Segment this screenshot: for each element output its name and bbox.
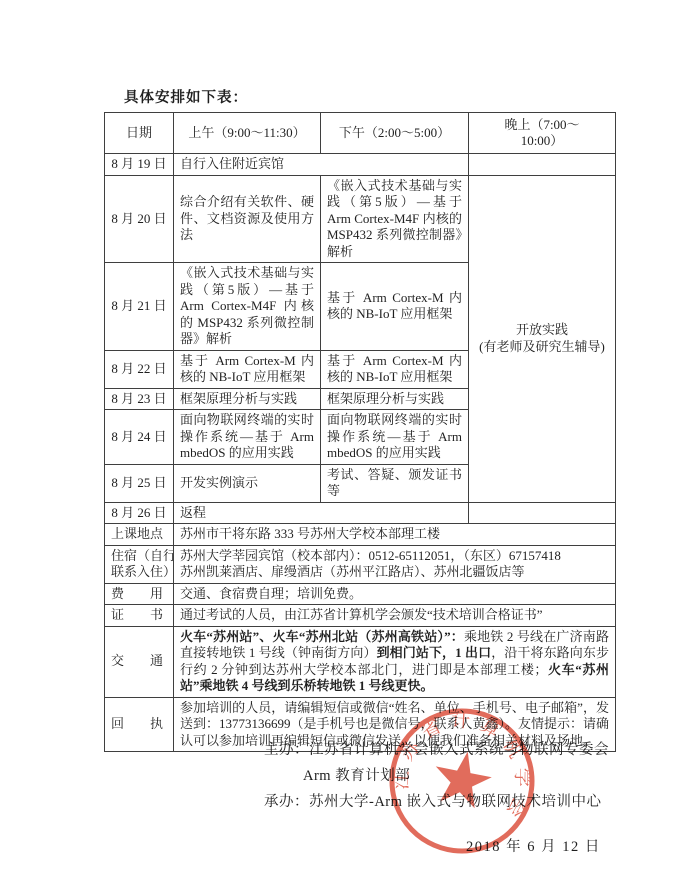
evening-practice-line2: (有老师及研究生辅导) [475, 339, 609, 356]
info-row-certificate: 证 书 通过考试的人员，由江苏省计算机学会颁发“技术培训合格证书” [105, 605, 616, 627]
lodging-text: 苏州大学莘园宾馆（校本部内）：0512-65112051，（东区）6715741… [174, 545, 616, 583]
column-header-afternoon: 下午（2:00～5:00） [321, 113, 469, 154]
afternoon-cell: 基于 Arm Cortex-M 内核的 NB-IoT 应用框架 [321, 263, 469, 351]
table-row-aug20: 8 月 20 日 综合介绍有关软件、硬件、文档资源及使用方法 《嵌入式技术基础与… [105, 175, 616, 263]
page-title: 具体安排如下表： [124, 86, 248, 107]
table-row-aug19: 8 月 19 日 自行入住附近宾馆 [105, 154, 616, 176]
date-cell: 8 月 21 日 [105, 263, 174, 351]
transport-bold-segment: 到相门站下，1 出口 [377, 645, 492, 660]
morning-cell: 《嵌入式技术基础与实践（第5版）—基于 Arm Cortex-M4F 内核的 M… [174, 263, 321, 351]
lodging-label-line1: 住宿（自行 [111, 548, 167, 565]
column-header-evening: 晚上（7:00～ 10:00） [469, 113, 616, 154]
activity-cell: 自行入住附近宾馆 [174, 154, 469, 176]
date-cell: 8 月 20 日 [105, 175, 174, 263]
schedule-header-row: 日期 上午（9:00～11:30） 下午（2:00～5:00） 晚上（7:00～… [105, 113, 616, 154]
organizer-label: 承办： [264, 794, 309, 810]
date-cell: 8 月 26 日 [105, 502, 174, 524]
lodging-label-line2: 联系入住） [111, 564, 167, 581]
morning-cell: 基于 Arm Cortex-M 内核的 NB-IoT 应用框架 [174, 350, 321, 388]
column-header-date: 日期 [105, 113, 174, 154]
evening-empty-cell [469, 154, 616, 176]
venue-text: 苏州市干将东路 333 号苏州大学校本部理工楼 [174, 524, 616, 546]
evening-practice-line1: 开放实践 [475, 322, 609, 339]
date-cell: 8 月 24 日 [105, 410, 174, 465]
date-cell: 8 月 25 日 [105, 464, 174, 502]
info-row-lodging: 住宿（自行 联系入住） 苏州大学莘园宾馆（校本部内）：0512-65112051… [105, 545, 616, 583]
info-row-venue: 上课地点 苏州市干将东路 333 号苏州大学校本部理工楼 [105, 524, 616, 546]
morning-cell: 面向物联网终端的实时操作系统—基于 Arm mbedOS 的应用实践 [174, 410, 321, 465]
schedule-table: 日期 上午（9:00～11:30） 下午（2:00～5:00） 晚上（7:00～… [104, 112, 616, 752]
evening-merged-cell: 开放实践 (有老师及研究生辅导) [469, 175, 616, 502]
reply-label: 回 执 [105, 697, 174, 752]
host-line: 主办：江苏省计算机学会嵌入式系统与物联网专委会 [264, 737, 609, 763]
info-row-fee: 费 用 交通、食宿费自理；培训免费。 [105, 583, 616, 605]
afternoon-cell: 《嵌入式技术基础与实践（第5版）—基于 Arm Cortex-M4F 内核的 M… [321, 175, 469, 263]
footer-organizers: 主办：江苏省计算机学会嵌入式系统与物联网专委会 Arm 教育计划部 承办：苏州大… [264, 737, 609, 815]
transport-bold-segment: 火车“苏州站”、火车“苏州北站（苏州高铁站）”： [180, 629, 464, 644]
afternoon-cell: 考试、答疑、颁发证书等 [321, 464, 469, 502]
morning-cell: 开发实例演示 [174, 464, 321, 502]
activity-cell: 返程 [174, 502, 469, 524]
organizer-line: 承办：苏州大学-Arm 嵌入式与物联网技术培训中心 [264, 789, 609, 815]
morning-cell: 综合介绍有关软件、硬件、文档资源及使用方法 [174, 175, 321, 263]
date-cell: 8 月 22 日 [105, 350, 174, 388]
document-date: 2018 年 6 月 12 日 [466, 835, 601, 856]
transport-text: 火车“苏州站”、火车“苏州北站（苏州高铁站）”：乘地铁 2 号线在广济南路直接转… [174, 626, 616, 697]
organizer-name: 苏州大学-Arm 嵌入式与物联网技术培训中心 [309, 794, 602, 810]
host-name: 江苏省计算机学会嵌入式系统与物联网专委会 [309, 742, 609, 758]
morning-cell: 框架原理分析与实践 [174, 388, 321, 410]
afternoon-cell: 框架原理分析与实践 [321, 388, 469, 410]
evening-empty-cell [469, 502, 616, 524]
lodging-label: 住宿（自行 联系入住） [105, 545, 174, 583]
fee-label: 费 用 [105, 583, 174, 605]
afternoon-cell: 基于 Arm Cortex-M 内核的 NB-IoT 应用框架 [321, 350, 469, 388]
host-label: 主办： [264, 742, 309, 758]
evening-header-line1: 晚上（7:00～ [475, 117, 609, 134]
certificate-text: 通过考试的人员，由江苏省计算机学会颁发“技术培训合格证书” [174, 605, 616, 627]
column-header-morning: 上午（9:00～11:30） [174, 113, 321, 154]
fee-text: 交通、食宿费自理；培训免费。 [174, 583, 616, 605]
document-page: 具体安排如下表： 日期 上午（9:00～11:30） 下午（2:00～5:00）… [0, 0, 680, 882]
date-cell: 8 月 23 日 [105, 388, 174, 410]
host-line2: Arm 教育计划部 [264, 763, 609, 789]
venue-label: 上课地点 [105, 524, 174, 546]
date-cell: 8 月 19 日 [105, 154, 174, 176]
transport-label: 交 通 [105, 626, 174, 697]
lodging-line2: 苏州凯莱酒店、扉缦酒店（苏州平江路店）、苏州北疆饭店等 [180, 564, 609, 581]
afternoon-cell: 面向物联网终端的实时操作系统—基于 Arm mbedOS 的应用实践 [321, 410, 469, 465]
info-row-transport: 交 通 火车“苏州站”、火车“苏州北站（苏州高铁站）”：乘地铁 2 号线在广济南… [105, 626, 616, 697]
lodging-line1: 苏州大学莘园宾馆（校本部内）：0512-65112051，（东区）6715741… [180, 548, 609, 565]
certificate-label: 证 书 [105, 605, 174, 627]
table-row-aug26: 8 月 26 日 返程 [105, 502, 616, 524]
evening-header-line2: 10:00） [475, 133, 609, 150]
